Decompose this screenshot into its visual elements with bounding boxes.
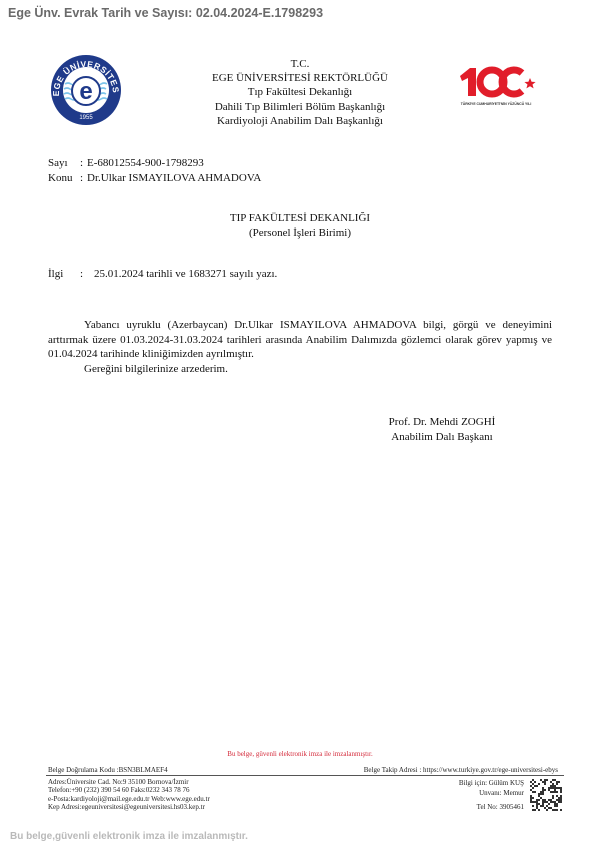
bottom-signature-note: Bu belge,güvenli elektronik imza ile imz… — [10, 831, 248, 842]
signature-block: Prof. Dr. Mehdi ZOGHİ Anabilim Dalı Başk… — [372, 415, 512, 445]
info-contact-title: Unvanı: Memur — [420, 788, 524, 798]
body-paragraph-2: Gereğini bilgilerinize arzederim. — [48, 362, 552, 377]
sayi-value: E-68012554-900-1798293 — [87, 156, 204, 171]
ege-university-logo-icon: EGE ÜNİVERSİTESİ e 1955 — [50, 54, 122, 126]
info-contact: Bilgi için: Gülüm KUŞ Unvanı: Memur Tel … — [420, 778, 524, 812]
header-line-rectorate: EGE ÜNİVERSİTESİ REKTÖRLÜĞÜ — [150, 71, 450, 85]
recipient-block: TIP FAKÜLTESİ DEKANLIĞI (Personel İşleri… — [150, 211, 450, 240]
sayi-row: Sayı : E-68012554-900-1798293 — [48, 156, 261, 171]
info-contact-name: Bilgi için: Gülüm KUŞ — [420, 778, 524, 788]
svg-text:1955: 1955 — [79, 115, 93, 121]
sayi-separator: : — [80, 156, 87, 171]
sayi-label: Sayı — [48, 156, 80, 171]
email-web[interactable]: e-Posta:kardiyoloji@mail.ege.edu.tr Web:… — [48, 795, 210, 803]
tracking-address-link[interactable]: Belge Takip Adresi : https://www.turkiye… — [334, 766, 558, 774]
header-line-department: Dahili Tıp Bilimleri Bölüm Başkanlığı — [150, 100, 450, 114]
konu-row: Konu : Dr.Ulkar ISMAYILOVA AHMADOVA — [48, 171, 261, 186]
reference-row: İlgi : 25.01.2024 tarihli ve 1683271 say… — [48, 268, 277, 280]
ilgi-value: 25.01.2024 tarihli ve 1683271 sayılı yaz… — [94, 268, 277, 280]
header-line-division: Kardiyoloji Anabilim Dalı Başkanlığı — [150, 114, 450, 128]
contact-info: Adres:Üniversite Cad. No:9 35100 Bornova… — [48, 778, 210, 811]
konu-value: Dr.Ulkar ISMAYILOVA AHMADOVA — [87, 171, 261, 186]
konu-separator: : — [80, 171, 87, 186]
qr-code-icon — [530, 779, 562, 811]
turkiye-100-year-logo-icon: TÜRKİYE CUMHURİYETİ'NİN YÜZÜNCÜ YILI — [456, 64, 548, 108]
signatory-name: Prof. Dr. Mehdi ZOGHİ — [372, 415, 512, 430]
letter-body: Yabancı uyruklu (Azerbaycan) Dr.Ulkar IS… — [48, 318, 552, 376]
document-meta: Sayı : E-68012554-900-1798293 Konu : Dr.… — [48, 156, 261, 185]
document-registry-header: Ege Ünv. Evrak Tarih ve Sayısı: 02.04.20… — [8, 6, 323, 20]
header-line-tc: T.C. — [150, 57, 450, 71]
signatory-title: Anabilim Dalı Başkanı — [372, 430, 512, 445]
e-signature-note: Bu belge, güvenli elektronik imza ile im… — [150, 750, 450, 758]
konu-label: Konu — [48, 171, 80, 186]
ilgi-label: İlgi — [48, 268, 80, 280]
svg-text:TÜRKİYE CUMHURİYETİ'NİN YÜZÜNC: TÜRKİYE CUMHURİYETİ'NİN YÜZÜNCÜ YILI — [461, 101, 532, 106]
verification-code: Belge Doğrulama Kodu :BSN3BLMAEF4 — [48, 766, 168, 774]
footer-divider — [46, 775, 564, 776]
svg-text:e: e — [79, 78, 92, 105]
kep-address: Kep Adresi:egeuniversitesi@egeuniversite… — [48, 803, 210, 811]
address: Adres:Üniversite Cad. No:9 35100 Bornova… — [48, 778, 210, 786]
info-contact-tel: Tel No: 3905461 — [420, 802, 524, 812]
header-line-faculty: Tıp Fakültesi Dekanlığı — [150, 85, 450, 99]
ilgi-separator: : — [80, 268, 94, 280]
phone-fax: Telefon:+90 (232) 390 54 60 Faks:0232 34… — [48, 786, 210, 794]
recipient-title: TIP FAKÜLTESİ DEKANLIĞI — [150, 211, 450, 226]
body-paragraph-1: Yabancı uyruklu (Azerbaycan) Dr.Ulkar IS… — [48, 318, 552, 362]
recipient-subtitle: (Personel İşleri Birimi) — [150, 226, 450, 241]
institution-header: T.C. EGE ÜNİVERSİTESİ REKTÖRLÜĞÜ Tıp Fak… — [150, 57, 450, 128]
